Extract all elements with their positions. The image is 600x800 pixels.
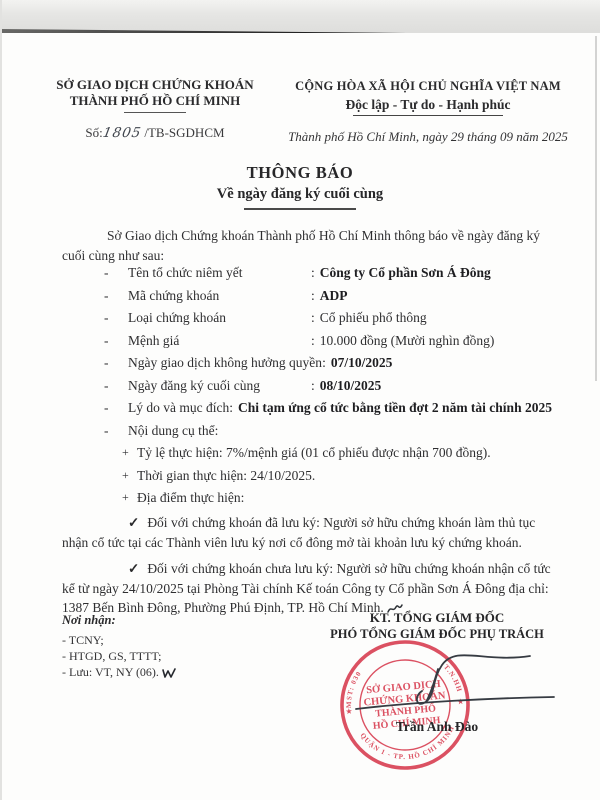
- checkmark-icon: ✓: [128, 515, 139, 530]
- field-label: Lý do và mục đích: [128, 399, 229, 416]
- handwritten-initial-icon: [161, 667, 177, 679]
- checkmark-icon: ✓: [128, 561, 139, 576]
- note-undeposited-securities: ✓Đối với chứng khoán chưa lưu ký: Người …: [62, 559, 562, 618]
- motto-underline: [353, 115, 503, 116]
- document-subtitle: Về ngày đăng ký cuối cùng: [0, 186, 600, 203]
- colon: :: [311, 264, 315, 281]
- field-label: Mệnh giá: [128, 332, 311, 349]
- field-row-issuer: - Tên tổ chức niêm yết : Công ty Cổ phần…: [104, 264, 582, 281]
- field-row-purpose: - Lý do và mục đích : Chi tạm ứng cổ tức…: [104, 399, 582, 416]
- announcement-items: - Tên tổ chức niêm yết : Công ty Cổ phần…: [104, 264, 582, 618]
- colon: :: [311, 377, 315, 394]
- handwritten-signature: [334, 639, 574, 729]
- subitem-payment-date: + Thời gian thực hiện: 24/10/2025.: [122, 467, 582, 484]
- recipient-line-text: - Lưu: VT, NY (06).: [62, 665, 159, 679]
- colon: :: [215, 422, 219, 439]
- recipients-title: Nơi nhận:: [62, 612, 177, 628]
- field-label: Ngày giao dịch không hưởng quyền: [128, 354, 322, 371]
- intro-paragraph: Sở Giao dịch Chứng khoán Thành phố Hồ Ch…: [62, 226, 562, 265]
- bullet-dash: -: [104, 309, 128, 326]
- document-number: Số:1805 /TB-SGDHCM: [46, 125, 264, 141]
- field-label: Nội dung cụ thể: [128, 422, 215, 439]
- scan-left-edge: [0, 0, 2, 800]
- recipient-line: - HTGD, GS, TTTT;: [62, 648, 177, 664]
- subitem-ratio: + Tỷ lệ thực hiện: 7%/mệnh giá (01 cổ ph…: [122, 444, 582, 461]
- field-value: 08/10/2025: [320, 377, 382, 394]
- motto-line1: CỘNG HÒA XÃ HỘI CHỦ NGHĨA VIỆT NAM: [276, 79, 580, 94]
- subitem-text: Tỷ lệ thực hiện: 7%/mệnh giá (01 cổ phiế…: [137, 444, 491, 461]
- field-label: Mã chứng khoán: [128, 287, 311, 304]
- field-row-ticker: - Mã chứng khoán : ADP: [104, 287, 582, 304]
- colon: :: [322, 354, 326, 371]
- signer-position-line1: KT. TỔNG GIÁM ĐỐC: [293, 610, 581, 626]
- note-deposited-securities: ✓Đối với chứng khoán đã lưu ký: Người sở…: [62, 513, 562, 552]
- recipients-block: Nơi nhận: - TCNY; - HTGD, GS, TTTT; - Lư…: [62, 612, 177, 680]
- title-underline: [244, 208, 356, 210]
- field-value: Công ty Cổ phần Sơn Á Đông: [320, 264, 491, 281]
- field-label: Ngày đăng ký cuối cùng: [128, 377, 311, 394]
- subitem-location: + Địa điểm thực hiện:: [122, 489, 582, 506]
- field-row-security-type: - Loại chứng khoán : Cổ phiếu phổ thông: [104, 309, 582, 326]
- org-underline: [124, 112, 186, 113]
- document-number-handwritten: 1805: [101, 125, 142, 141]
- motto-line2: Độc lập - Tự do - Hạnh phúc: [276, 96, 580, 113]
- colon: :: [311, 309, 315, 326]
- national-motto-block: CỘNG HÒA XÃ HỘI CHỦ NGHĨA VIỆT NAM Độc l…: [276, 79, 580, 145]
- bullet-dash: -: [104, 399, 128, 416]
- bullet-dash: -: [104, 287, 128, 304]
- field-row-details-heading: - Nội dung cụ thể :: [104, 422, 582, 439]
- bullet-dash: -: [104, 264, 128, 281]
- document-page: SỞ GIAO DỊCH CHỨNG KHOÁN THÀNH PHỐ HỒ CH…: [0, 33, 600, 800]
- colon: :: [311, 332, 315, 349]
- bullet-dash: -: [104, 422, 128, 439]
- signer-name: Trần Anh Đào: [293, 719, 581, 735]
- field-value: 07/10/2025: [331, 354, 393, 371]
- org-name-line2: THÀNH PHỐ HỒ CHÍ MINH: [46, 93, 264, 109]
- field-row-record-date: - Ngày đăng ký cuối cùng : 08/10/2025: [104, 377, 582, 394]
- subitem-text: Thời gian thực hiện: 24/10/2025.: [137, 467, 315, 484]
- recipient-line: - TCNY;: [62, 632, 177, 648]
- plus-bullet: +: [122, 489, 137, 506]
- org-name-line1: SỞ GIAO DỊCH CHỨNG KHOÁN: [46, 77, 264, 93]
- bullet-dash: -: [104, 332, 128, 349]
- bullet-dash: -: [104, 377, 128, 394]
- title-block: THÔNG BÁO Về ngày đăng ký cuối cùng: [0, 163, 600, 210]
- document-title: THÔNG BÁO: [0, 163, 600, 183]
- field-row-ex-date: - Ngày giao dịch không hưởng quyền : 07/…: [104, 354, 582, 371]
- field-value: 10.000 đồng (Mười nghìn đồng): [320, 332, 495, 349]
- field-value: Chi tạm ứng cổ tức bằng tiền đợt 2 năm t…: [238, 399, 552, 416]
- scanner-background: [0, 0, 600, 34]
- recipient-line: - Lưu: VT, NY (06).: [62, 664, 177, 680]
- document-number-suffix: /TB-SGDHCM: [144, 125, 224, 140]
- document-number-prefix: Số:: [85, 125, 102, 140]
- plus-bullet: +: [122, 444, 137, 461]
- scanned-document: { "doc": { "header": { "left": { "line1"…: [0, 0, 600, 800]
- field-label: Loại chứng khoán: [128, 309, 311, 326]
- issuing-org-block: SỞ GIAO DỊCH CHỨNG KHOÁN THÀNH PHỐ HỒ CH…: [46, 77, 264, 141]
- subitem-text: Địa điểm thực hiện:: [137, 489, 244, 506]
- field-row-par-value: - Mệnh giá : 10.000 đồng (Mười nghìn đồn…: [104, 332, 582, 349]
- bullet-dash: -: [104, 354, 128, 371]
- place-date-line: Thành phố Hồ Chí Minh, ngày 29 tháng 09 …: [276, 129, 580, 145]
- field-value: Cổ phiếu phổ thông: [320, 309, 427, 326]
- field-value: ADP: [320, 287, 348, 304]
- field-label: Tên tổ chức niêm yết: [128, 264, 311, 281]
- colon: :: [311, 287, 315, 304]
- colon: :: [229, 399, 233, 416]
- plus-bullet: +: [122, 467, 137, 484]
